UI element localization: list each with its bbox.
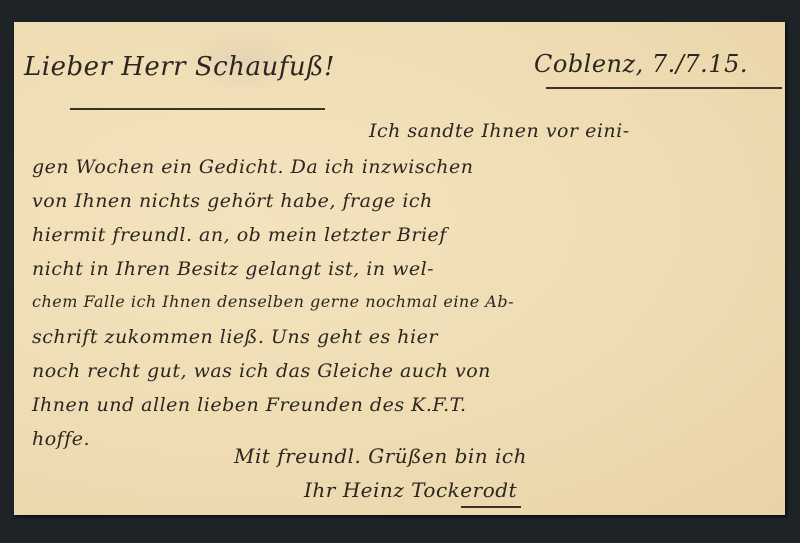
body-line-6: chem Falle ich Ihnen denselben gerne noc… — [32, 292, 514, 311]
body-line-4: hiermit freundl. an, ob mein letzter Bri… — [32, 224, 447, 246]
place-date: Coblenz, 7./7.15. — [534, 50, 748, 78]
signature-underline — [461, 506, 521, 508]
closing: Mit freundl. Grüßen bin ich — [234, 444, 527, 468]
salutation-underline — [70, 108, 325, 110]
body-line-1: Ich sandte Ihnen vor eini- — [369, 120, 630, 142]
body-line-2: gen Wochen ein Gedicht. Da ich inzwische… — [32, 156, 473, 178]
salutation: Lieber Herr Schaufuß! — [24, 52, 335, 82]
place-date-underline — [546, 87, 782, 89]
signature: Ihr Heinz Tockerodt — [304, 478, 517, 502]
body-line-10: hoffe. — [32, 428, 90, 450]
postcard: Lieber Herr Schaufuß! Coblenz, 7./7.15. … — [14, 22, 785, 515]
body-line-9: Ihnen und allen lieben Freunden des K.F.… — [32, 394, 467, 416]
body-line-3: von Ihnen nichts gehört habe, frage ich — [32, 190, 433, 212]
body-line-7: schrift zukommen ließ. Uns geht es hier — [32, 326, 438, 348]
body-line-5: nicht in Ihren Besitz gelangt ist, in we… — [32, 258, 434, 280]
body-line-8: noch recht gut, was ich das Gleiche auch… — [32, 360, 491, 382]
